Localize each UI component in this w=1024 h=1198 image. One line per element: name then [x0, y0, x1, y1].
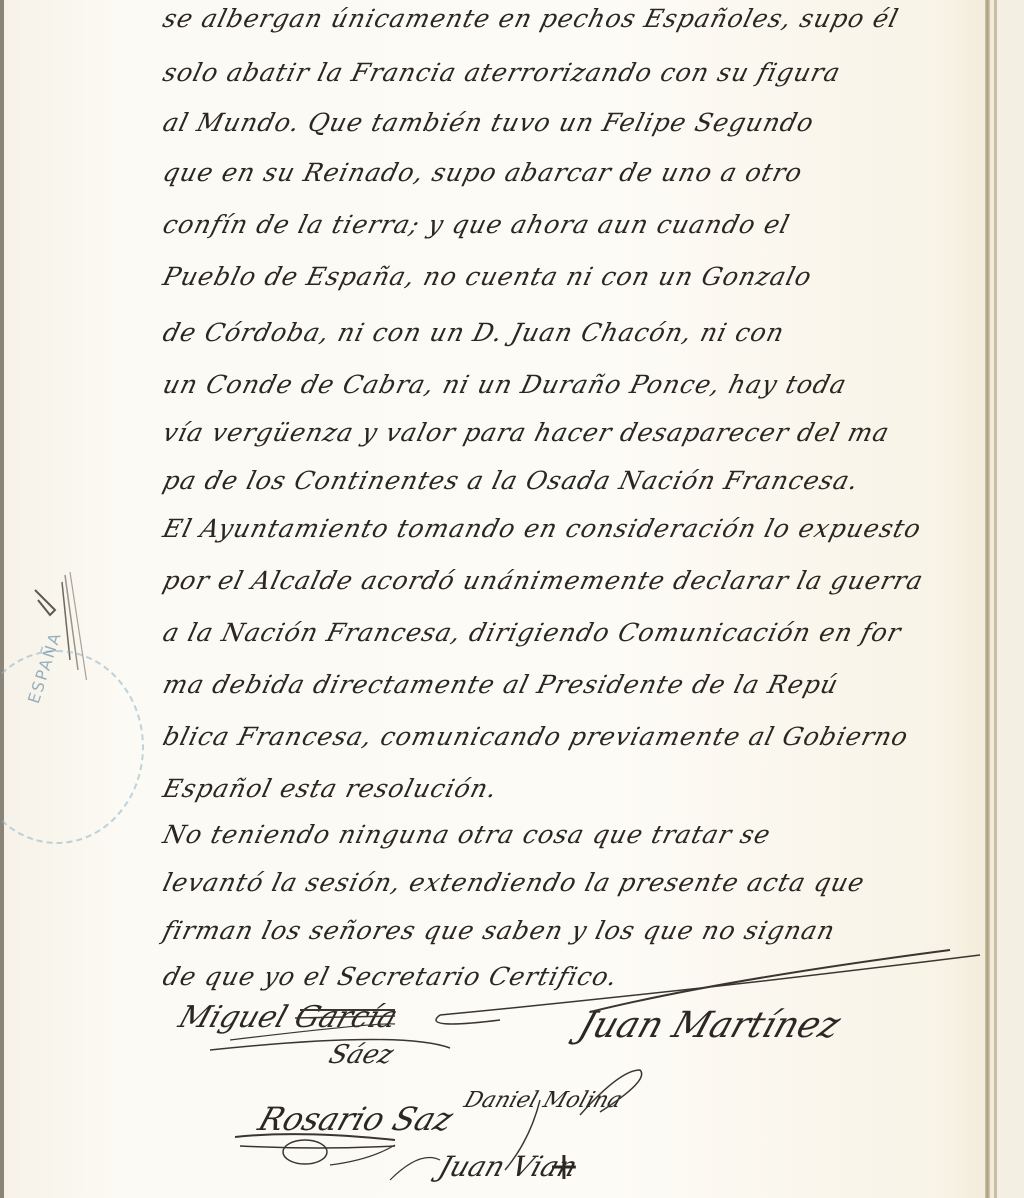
text-line: a la Nación Francesa, dirigiendo Comunic…	[160, 618, 905, 647]
text-line: de que yo el Secretario Certifico.	[160, 962, 621, 991]
text-line: por el Alcalde acordó unánimemente decla…	[160, 566, 927, 595]
text-line: de Córdoba, ni con un D. Juan Chacón, ni…	[160, 318, 788, 347]
text-line: un Conde de Cabra, ni un Duraño Ponce, h…	[160, 370, 850, 399]
text-line: No teniendo ninguna otra cosa que tratar…	[160, 820, 774, 849]
text-line: ma debida directamente al Presidente de …	[160, 670, 842, 699]
text-line: confín de la tierra; y que ahora aun cua…	[160, 210, 793, 239]
signature-daniel-molina: Daniel Molina	[461, 1088, 625, 1113]
text-line: pa de los Continentes a la Osada Nación …	[160, 466, 862, 495]
signature-miguel-garcia: Miguel García	[174, 1000, 402, 1035]
text-line: blica Francesa, comunicando previamente …	[160, 722, 912, 751]
page-binding-edge	[985, 0, 990, 1198]
text-line: que en su Reinado, supo abarcar de uno a…	[160, 158, 806, 187]
next-page-strip	[997, 0, 1024, 1198]
signature-rubric-saez: Sáez	[325, 1040, 397, 1070]
archive-stamp	[0, 650, 144, 844]
text-line: firman los señores que saben y los que n…	[160, 916, 838, 945]
text-line: El Ayuntamiento tomando en consideración…	[160, 514, 924, 543]
manuscript-page: ESPAÑA se albergan únicamente en pechos …	[0, 0, 1024, 1198]
text-line: levantó la sesión, extendiendo la presen…	[160, 868, 868, 897]
page-left-edge	[0, 0, 4, 1198]
text-line: Pueblo de España, no cuenta ni con un Go…	[160, 262, 815, 291]
text-line: vía vergüenza y valor para hacer desapar…	[160, 418, 893, 447]
text-line: se albergan únicamente en pechos Español…	[160, 4, 902, 33]
text-line: Español esta resolución.	[160, 774, 501, 803]
text-line: solo abatir la Francia aterrorizando con…	[160, 58, 844, 87]
text-line: al Mundo. Que también tuvo un Felipe Seg…	[160, 108, 817, 137]
signature-rosario-saz: Rosario Saz	[254, 1100, 458, 1138]
signature-juan-martinez: Juan Martínez	[573, 1005, 845, 1046]
signature-cross-mark: +	[548, 1144, 580, 1188]
